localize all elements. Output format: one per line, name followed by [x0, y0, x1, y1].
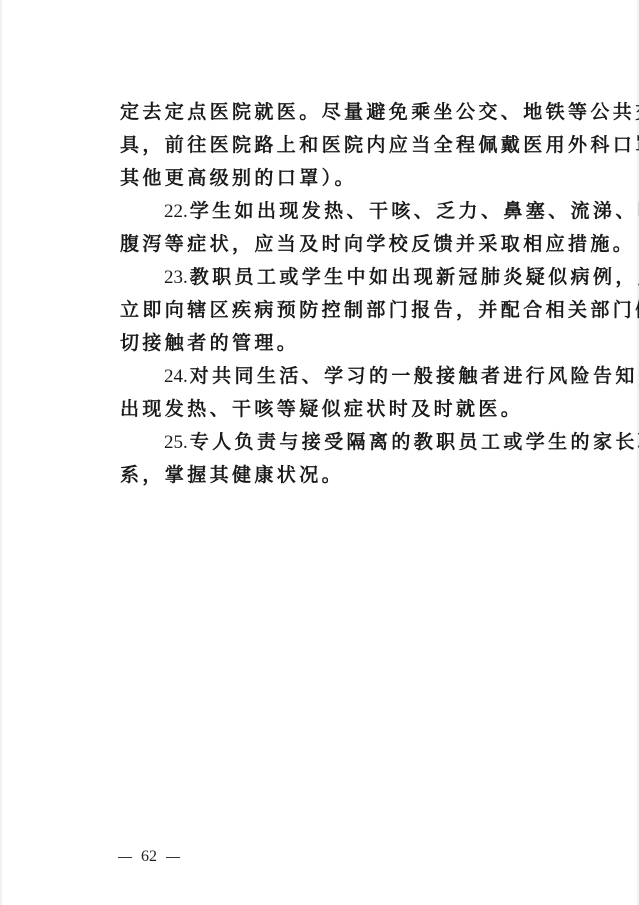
item-text: 学生如出现发热、干咳、乏力、鼻塞、流涕、咽痛、 [190, 200, 639, 222]
dash-left [118, 857, 132, 859]
item-text: 专人负责与接受隔离的教职员工或学生的家长联 [190, 431, 639, 453]
paragraph-continuation-line: 具，前往医院路上和医院内应当全程佩戴医用外科口罩（或 [120, 129, 550, 162]
item-23-first-line: 23.教职员工或学生中如出现新冠肺炎疑似病例，应当 [120, 261, 550, 294]
item-number: 22. [164, 201, 188, 222]
item-23-line: 切接触者的管理。 [120, 327, 550, 360]
page-footer: 62 [118, 848, 180, 866]
item-23-line: 立即向辖区疾病预防控制部门报告，并配合相关部门做好密 [120, 294, 550, 327]
dash-right [166, 857, 180, 859]
item-22-line: 腹泻等症状，应当及时向学校反馈并采取相应措施。 [120, 228, 550, 261]
item-text: 对共同生活、学习的一般接触者进行风险告知，如 [190, 365, 639, 387]
paragraph-continuation-line: 其他更高级别的口罩）。 [120, 162, 550, 195]
item-number: 23. [164, 267, 188, 288]
item-22-first-line: 22.学生如出现发热、干咳、乏力、鼻塞、流涕、咽痛、 [120, 195, 550, 228]
item-number: 25. [164, 432, 188, 453]
item-25-line: 系，掌握其健康状况。 [120, 459, 550, 492]
item-24-line: 出现发热、干咳等疑似症状时及时就医。 [120, 393, 550, 426]
item-number: 24. [164, 366, 188, 387]
item-25-first-line: 25.专人负责与接受隔离的教职员工或学生的家长联 [120, 426, 550, 459]
page-number: 62 [141, 848, 157, 866]
document-page: 定去定点医院就医。尽量避免乘坐公交、地铁等公共交通工 具，前往医院路上和医院内应… [0, 0, 639, 905]
paragraph-continuation-line: 定去定点医院就医。尽量避免乘坐公交、地铁等公共交通工 [120, 96, 550, 129]
item-24-first-line: 24.对共同生活、学习的一般接触者进行风险告知，如 [120, 360, 550, 393]
item-text: 教职员工或学生中如出现新冠肺炎疑似病例，应当 [190, 266, 639, 288]
document-body: 定去定点医院就医。尽量避免乘坐公交、地铁等公共交通工 具，前往医院路上和医院内应… [120, 96, 550, 492]
